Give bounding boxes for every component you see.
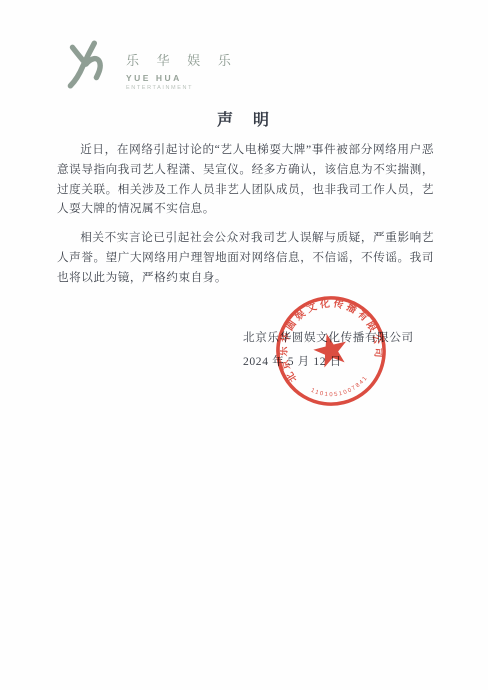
svg-text:1101051007841: 1101051007841 [309, 374, 373, 405]
logo-subtitle-en: ENTERTAINMENT [126, 85, 238, 91]
statement-title: 声 明 [0, 107, 488, 130]
logo-name-en: YUE HUA [126, 73, 238, 83]
document-page: 乐 华 娱 乐 YUE HUA ENTERTAINMENT 声 明 近日，在网络… [0, 0, 488, 690]
logo-text: 乐 华 娱 乐 YUE HUA ENTERTAINMENT [126, 50, 238, 91]
seal-star-icon [310, 330, 350, 369]
yh-monogram-icon [64, 38, 108, 90]
seal-number-text: 1101051007841 [309, 374, 373, 405]
company-logo: 乐 华 娱 乐 YUE HUA ENTERTAINMENT [64, 38, 238, 91]
statement-paragraph-1: 近日，在网络引起讨论的“艺人电梯耍大牌”事件被部分网络用户恶意误导指向我司艺人程… [57, 140, 434, 219]
statement-body: 近日，在网络引起讨论的“艺人电梯耍大牌”事件被部分网络用户恶意误导指向我司艺人程… [57, 140, 434, 288]
company-seal: 北京乐华圆娱文化传播有限公司 1101051007841 [259, 279, 402, 422]
statement-paragraph-2: 相关不实言论已引起社会公众对我司艺人误解与质疑，严重影响艺人声誉。望广大网络用户… [57, 228, 434, 287]
logo-name-cn: 乐 华 娱 乐 [126, 50, 238, 69]
